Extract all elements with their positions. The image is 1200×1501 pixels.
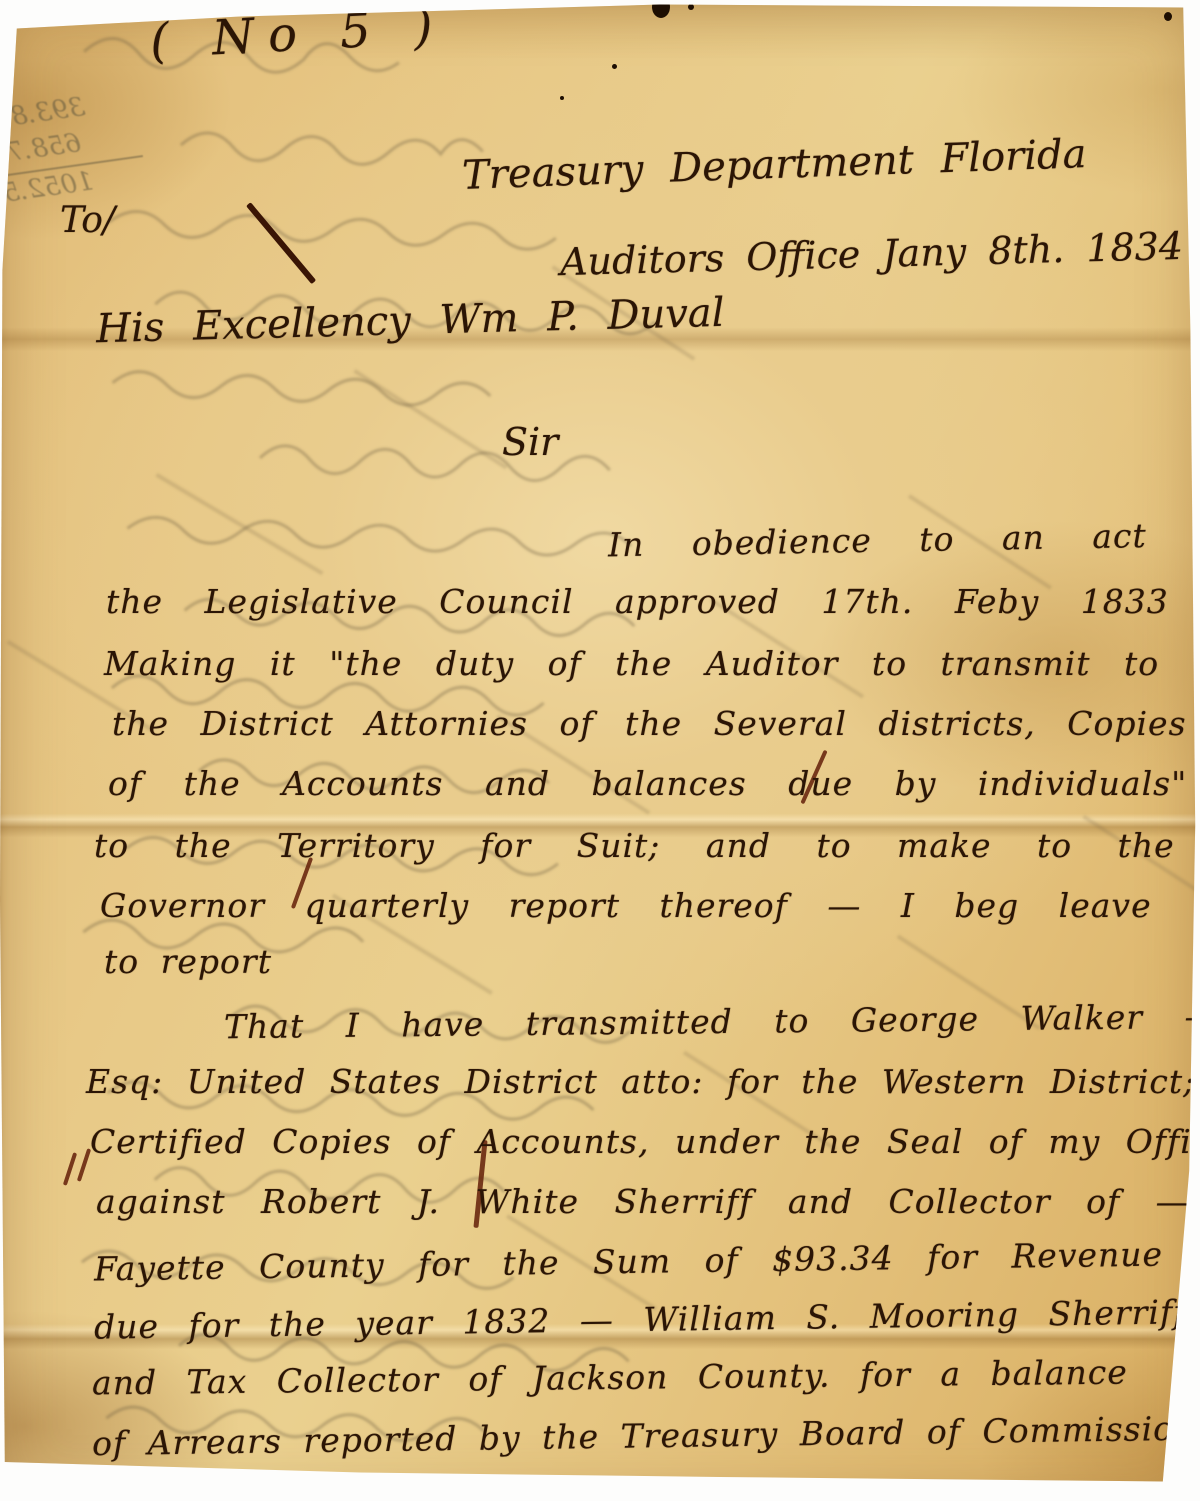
- body-line: to the Territory for Suit; and to make t…: [94, 826, 1175, 865]
- body-line: Esq: United States District atto: for th…: [86, 1062, 1195, 1101]
- recipient-name: His Excellency Wm P. Duval: [96, 290, 726, 352]
- aged-paper-sheet: 393.87 658.70 1052.57 ( No 5 ) Treasury …: [0, 0, 1200, 1501]
- body-line: of the Accounts and balances due by indi…: [108, 764, 1187, 803]
- body-line: Certified Copies of Accounts, under the …: [90, 1122, 1200, 1161]
- body-line: Governor quarterly report thereof — I be…: [100, 886, 1152, 925]
- red-ink-stroke: [63, 1152, 77, 1186]
- page-number: ( No 5 ): [149, 0, 448, 70]
- letterhead-department: Treasury Department Florida: [461, 131, 1087, 199]
- body-line: against Robert J. White Sherriff and Col…: [96, 1182, 1190, 1221]
- salutation: Sir: [502, 420, 558, 464]
- body-line: of Arrears reported by the Treasury Boar…: [92, 1408, 1200, 1463]
- red-ink-stroke: [77, 1148, 91, 1182]
- body-line: due for the year 1832 — William S. Moori…: [94, 1292, 1187, 1346]
- body-line: In obedience to an act of: [608, 515, 1200, 565]
- body-line: Making it "the duty of the Auditor to tr…: [104, 644, 1159, 683]
- body-line: and Tax Collector of Jackson County. for…: [92, 1353, 1128, 1403]
- ink-blot: [652, 0, 670, 18]
- body-line: Fayette County for the Sum of $93.34 for…: [94, 1235, 1163, 1289]
- body-line: to report: [104, 942, 272, 981]
- address-to-mark: To/: [60, 200, 115, 241]
- ink-speck: [560, 96, 564, 100]
- pen-slash-mark: [246, 202, 316, 284]
- letterhead-office-date: Auditors Office Jany 8th. 1834: [560, 224, 1184, 284]
- body-line: That I have transmitted to George Walker…: [224, 997, 1200, 1046]
- ink-speck: [1164, 12, 1172, 21]
- ink-speck: [612, 64, 617, 69]
- scanned-letter-page: { "document": { "page_number": "( No 5 )…: [0, 0, 1200, 1501]
- body-line: the Legislative Council approved 17th. F…: [106, 582, 1169, 621]
- body-line: the District Attornies of the Several di…: [112, 704, 1187, 743]
- ink-speck: [688, 4, 694, 10]
